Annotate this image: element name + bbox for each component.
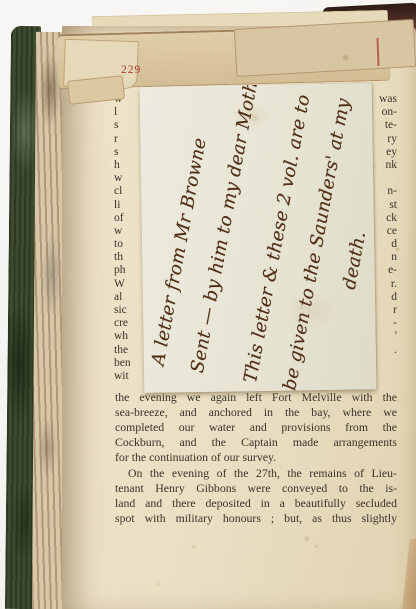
print-line: sea-breeze, and anchored in the bay, whe… (115, 405, 397, 420)
foxing-spot (314, 544, 319, 549)
print-line: Cockburn, and the Captain made arrangeme… (115, 435, 397, 450)
foxing-spot (361, 468, 366, 473)
book-photo: 229 wlsrshwclliofwtothphWalsiccrewhthebe… (0, 0, 416, 609)
foxing-spot (303, 535, 311, 542)
foxing-spot (297, 303, 306, 311)
manuscript-note: A letter from Mr BrowneSent — by him to … (140, 83, 377, 393)
torn-page-stub-right (234, 19, 416, 77)
foxing-spot (371, 163, 377, 169)
foxing-spot (341, 54, 350, 61)
print-line: tenant Henry Gibbons were conveyed to th… (115, 481, 397, 496)
print-line: land and there deposited in a beautifull… (115, 496, 397, 511)
page-number: 229 (121, 64, 141, 76)
print-line: On the evening of the 27th, the remains … (115, 466, 397, 481)
note-handwriting: A letter from Mr BrowneSent — by him to … (140, 83, 377, 393)
foxing-spot (384, 442, 390, 448)
foxing-spot (156, 582, 161, 587)
print-line: for the continuation of our survey. (115, 450, 397, 465)
foxing-spot (218, 418, 223, 422)
print-line: spot with military honours ; but, as thu… (115, 511, 397, 526)
foxing-spot (191, 544, 197, 550)
foxing-spot (250, 114, 260, 122)
printed-paragraph-2: On the evening of the 27th, the remains … (115, 466, 397, 526)
print-line: completed our water and provisions from … (115, 420, 397, 435)
printed-paragraph-1: the evening we again left Fort Melville … (115, 390, 397, 465)
foxing-spot (395, 247, 400, 252)
